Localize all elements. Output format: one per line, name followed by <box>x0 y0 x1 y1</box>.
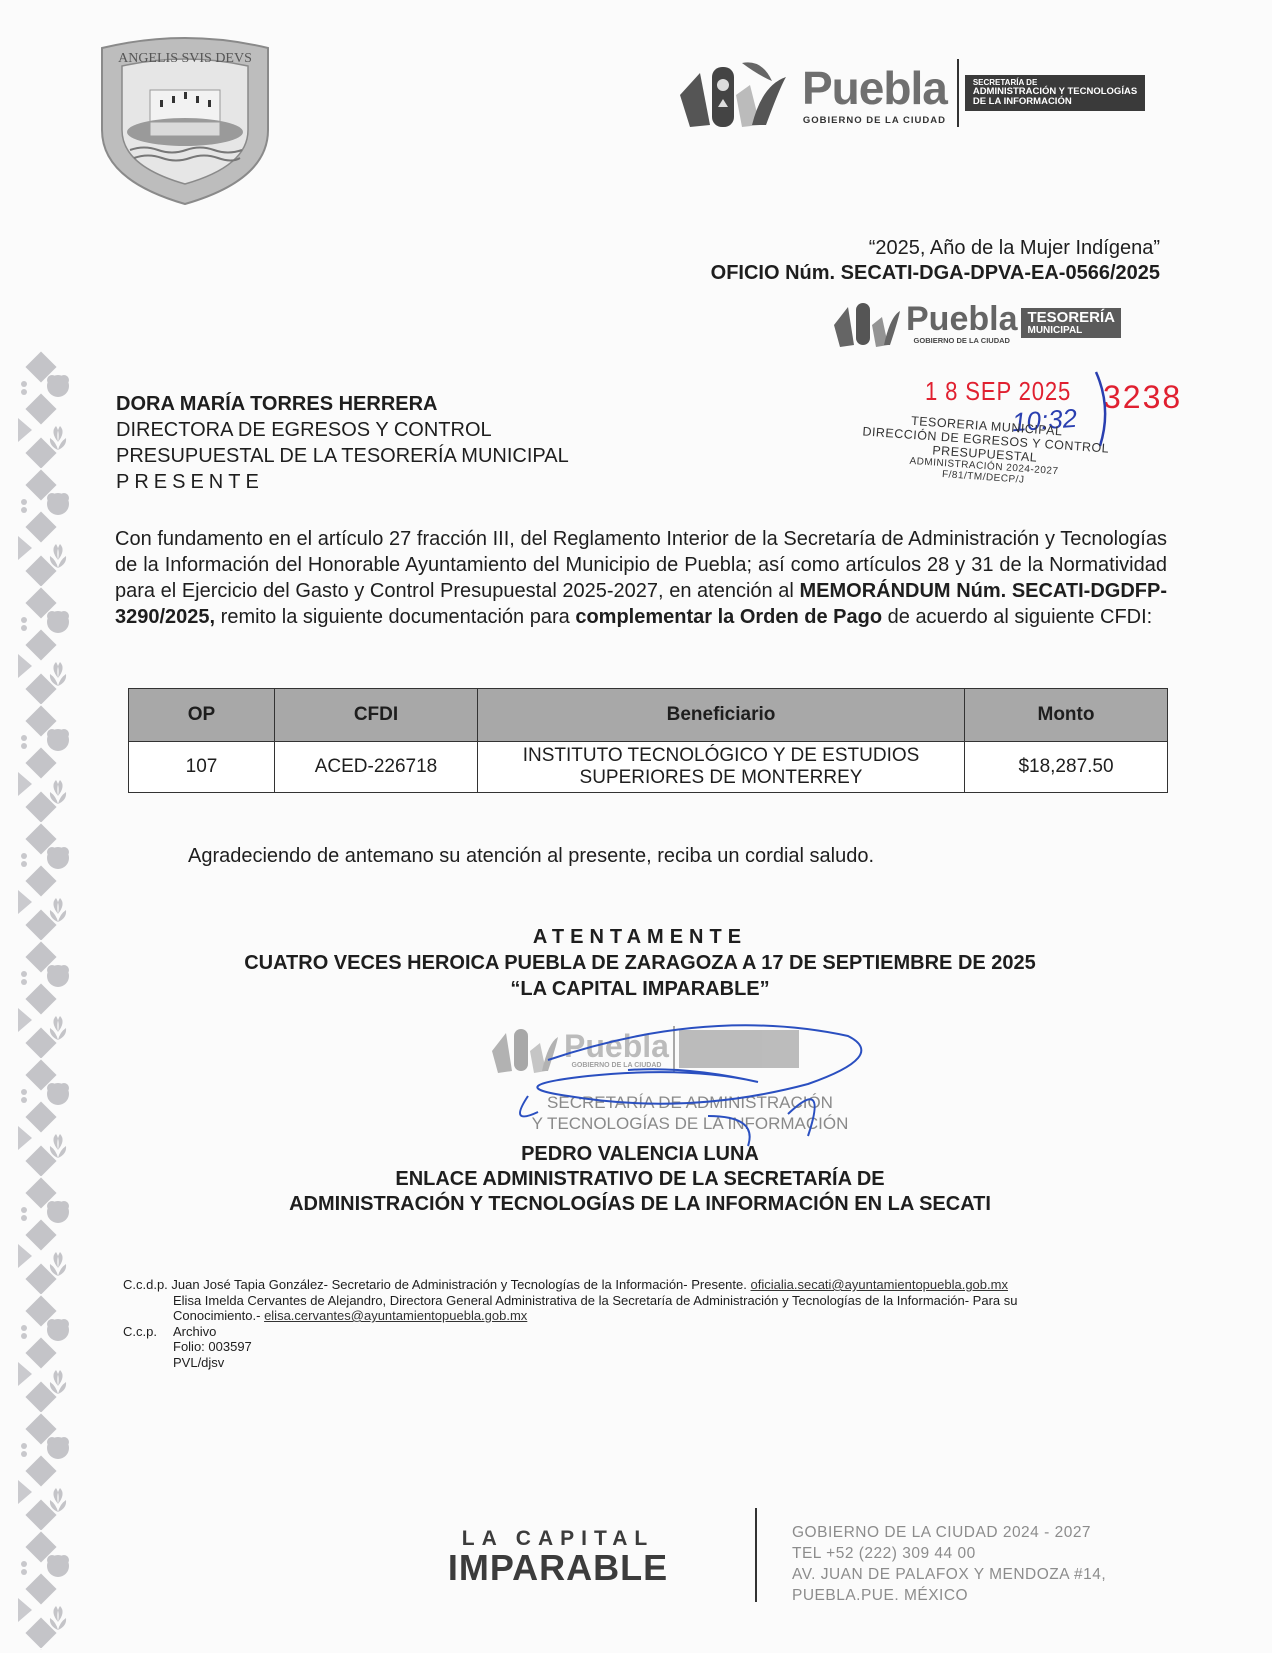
cc-item: C.c.p.Archivo <box>123 1324 1173 1340</box>
footer-address-line: GOBIERNO DE LA CIUDAD 2024 - 2027 <box>792 1522 1106 1543</box>
tesoreria-box: TESORERÍA MUNICIPAL <box>1021 308 1121 338</box>
footer-divider <box>755 1508 757 1602</box>
closing-block: ATENTAMENTE CUATRO VECES HEROICA PUEBLA … <box>120 924 1160 1002</box>
logo-divider <box>957 59 959 127</box>
cell-monto: $18,287.50 <box>965 742 1168 793</box>
cc-email-link[interactable]: elisa.cervantes@ayuntamientopuebla.gob.m… <box>264 1308 527 1323</box>
city-crest-icon: ANGELIS SVIS DEVS <box>92 34 278 206</box>
signer-title-line2: ADMINISTRACIÓN Y TECNOLOGÍAS DE LA INFOR… <box>120 1192 1160 1217</box>
thanks-line: Agradeciendo de antemano su atención al … <box>188 845 874 868</box>
slogan: “LA CAPITAL IMPARABLE” <box>120 976 1160 1002</box>
presente-label: PRESENTE <box>116 469 569 495</box>
puebla-wordmark: Puebla <box>906 302 1017 336</box>
body-emphasis: complementar la Orden de Pago <box>575 606 882 628</box>
footer-address-line: PUEBLA.PUE. MÉXICO <box>792 1585 1106 1606</box>
signer-name: PEDRO VALENCIA LUNA <box>120 1142 1160 1167</box>
gobierno-subtitle: GOBIERNO DE LA CIUDAD <box>914 336 1010 345</box>
tesoreria-line2: MUNICIPAL <box>1027 326 1115 337</box>
table-header-row: OP CFDI Beneficiario Monto <box>129 689 1168 742</box>
cc-item: Elisa Imelda Cervantes de Alejandro, Dir… <box>123 1293 1173 1309</box>
brand-line2: IMPARABLE <box>408 1551 708 1585</box>
cc-list: C.c.d.p. Juan José Tapia González- Secre… <box>123 1277 1173 1370</box>
column-header-beneficiario: Beneficiario <box>478 689 965 742</box>
puebla-emblem-icon <box>676 55 796 131</box>
cell-op: 107 <box>129 742 275 793</box>
puebla-emblem-icon <box>832 297 902 349</box>
cell-cfdi: ACED-226718 <box>275 742 478 793</box>
cfdi-table: OP CFDI Beneficiario Monto 107 ACED-2267… <box>128 688 1168 793</box>
tesoreria-stamp-logo: Puebla GOBIERNO DE LA CIUDAD TESORERÍA M… <box>832 292 1172 354</box>
cc-item: C.c.d.p. Juan José Tapia González- Secre… <box>123 1277 1173 1293</box>
atentamente-label: ATENTAMENTE <box>120 924 1160 950</box>
puebla-secati-logo: Puebla GOBIERNO DE LA CIUDAD SECRETARÍA … <box>676 52 1226 134</box>
addressee-name: DORA MARÍA TORRES HERRERA <box>116 391 569 417</box>
secretaria-box: SECRETARÍA DE ADMINISTRACIÓN Y TECNOLOGÍ… <box>965 75 1145 111</box>
oficio-number: OFICIO Núm. SECATI-DGA-DPVA-EA-0566/2025 <box>711 262 1160 285</box>
year-motto: “2025, Año de la Mujer Indígena” <box>869 237 1160 260</box>
body-text-part: de acuerdo al siguiente CFDI: <box>882 606 1152 628</box>
table-row: 107 ACED-226718 INSTITUTO TECNOLÓGICO Y … <box>129 742 1168 793</box>
cc-recipient: Juan José Tapia González- Secretario de … <box>171 1277 746 1292</box>
addressee-title-line2: PRESUPUESTAL DE LA TESORERÍA MUNICIPAL <box>116 443 569 469</box>
column-header-op: OP <box>129 689 275 742</box>
puebla-wordmark: Puebla <box>802 61 947 115</box>
addressee-block: DORA MARÍA TORRES HERRERA DIRECTORA DE E… <box>116 391 569 495</box>
signer-block: PEDRO VALENCIA LUNA ENLACE ADMINISTRATIV… <box>120 1142 1160 1217</box>
gobierno-subtitle: GOBIERNO DE LA CIUDAD <box>803 115 946 126</box>
footer-address-line: AV. JUAN DE PALAFOX Y MENDOZA #14, <box>792 1564 1106 1585</box>
received-date-stamp: 1 8 SEP 2025 <box>925 376 1071 407</box>
place-date: CUATRO VECES HEROICA PUEBLA DE ZARAGOZA … <box>120 950 1160 976</box>
cc-recipient: Elisa Imelda Cervantes de Alejandro, Dir… <box>173 1293 1017 1308</box>
la-capital-imparable-logo: LA CAPITAL IMPARABLE <box>408 1527 708 1585</box>
tesoreria-line1: TESORERÍA <box>1027 310 1115 326</box>
cc-email-link[interactable]: oficialia.secati@ayuntamientopuebla.gob.… <box>751 1277 1008 1292</box>
reference-initials: PVL/djsv <box>123 1355 1173 1371</box>
signer-title-line1: ENLACE ADMINISTRATIVO DE LA SECRETARÍA D… <box>120 1167 1160 1192</box>
cc-recipient: Conocimiento.- <box>173 1308 260 1323</box>
footer-address: GOBIERNO DE LA CIUDAD 2024 - 2027 TEL +5… <box>792 1522 1106 1606</box>
beneficiario-line1: INSTITUTO TECNOLÓGICO Y DE ESTUDIOS <box>479 745 963 767</box>
svg-text:ANGELIS SVIS DEVS: ANGELIS SVIS DEVS <box>118 51 252 66</box>
addressee-title-line1: DIRECTORA DE EGRESOS Y CONTROL <box>116 417 569 443</box>
body-paragraph: Con fundamento en el artículo 27 fracció… <box>115 526 1167 630</box>
secretaria-line3: DE LA INFORMACIÓN <box>973 97 1137 107</box>
decorative-border-pattern <box>12 350 82 1650</box>
ccp-label: C.c.p. <box>123 1324 173 1340</box>
cc-recipient: Archivo <box>173 1324 216 1339</box>
beneficiario-line2: SUPERIORES DE MONTERREY <box>479 767 963 789</box>
footer-phone: TEL +52 (222) 309 44 00 <box>792 1543 1106 1564</box>
ccdp-label: C.c.d.p. <box>123 1277 168 1292</box>
tesoreria-receipt-stamp-text: TESORERIA MUNICIPAL DIRECCIÓN DE EGRESOS… <box>843 410 1127 493</box>
folio-number: Folio: 003597 <box>123 1339 1173 1355</box>
column-header-monto: Monto <box>965 689 1168 742</box>
body-text-part: remito la siguiente documentación para <box>215 606 575 628</box>
cell-beneficiario: INSTITUTO TECNOLÓGICO Y DE ESTUDIOS SUPE… <box>478 742 965 793</box>
cc-item: Conocimiento.- elisa.cervantes@ayuntamie… <box>123 1308 1173 1324</box>
column-header-cfdi: CFDI <box>275 689 478 742</box>
